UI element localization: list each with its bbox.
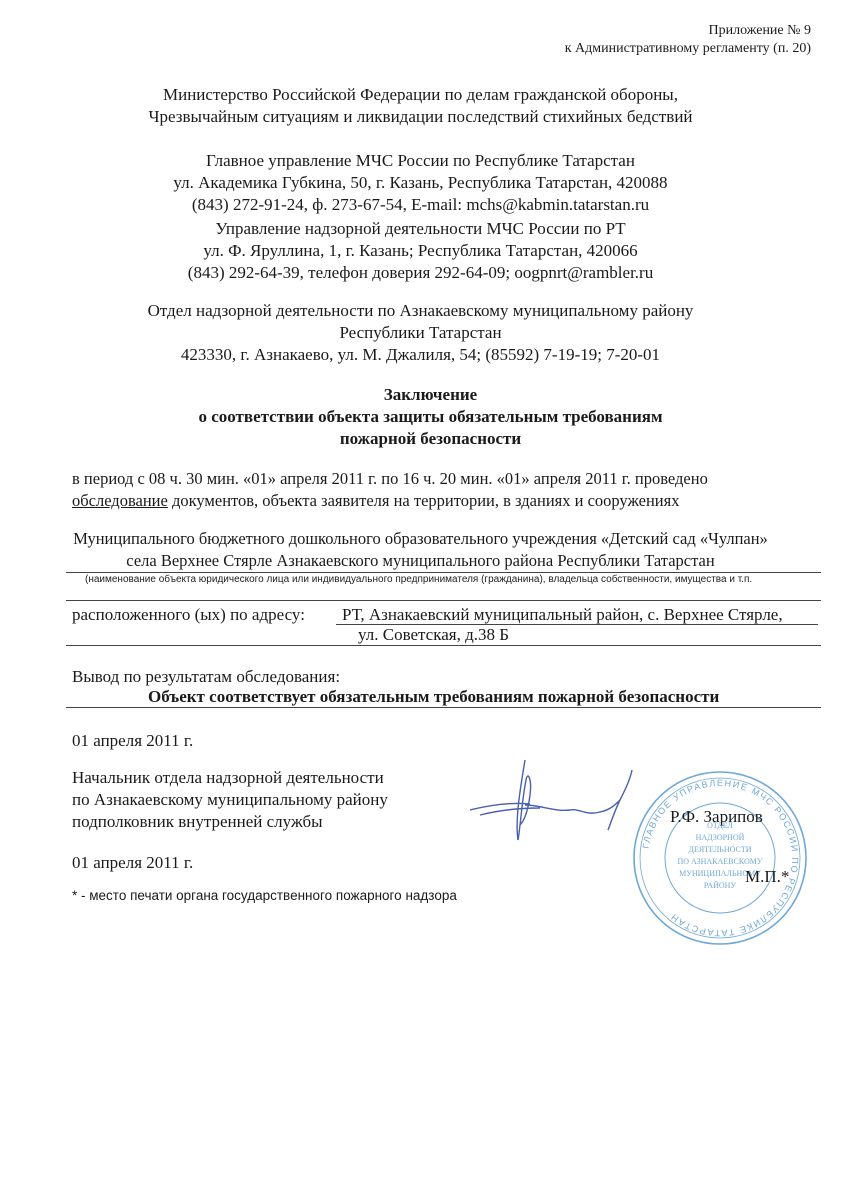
signatory-line-2: по Азнакаевскому муниципальному району — [72, 789, 388, 811]
address-top-rule — [66, 600, 821, 601]
department-header: Отдел надзорной деятельности по Азнакаев… — [0, 300, 841, 366]
object-name-line-1: Муниципального бюджетного дошкольного об… — [0, 528, 841, 550]
supervision-directorate-contacts: (843) 292-64-39, телефон доверия 292-64-… — [0, 262, 841, 284]
title-line-2: о соответствии объекта защиты обязательн… — [10, 406, 841, 428]
main-directorate-name: Главное управление МЧС России по Республ… — [0, 150, 841, 172]
document-title: Заключение о соответствии объекта защиты… — [10, 384, 841, 450]
appendix-number: Приложение № 9 — [565, 22, 811, 40]
seal-mark: М.П.* — [745, 866, 789, 888]
object-name-line-2: села Верхнее Стярле Азнакаевского муници… — [0, 550, 841, 572]
signature-date: 01 апреля 2011 г. — [72, 852, 193, 874]
title-line-3: пожарной безопасности — [10, 428, 841, 450]
address-label: расположенного (ых) по адресу: — [72, 604, 305, 626]
inspection-type: обследование — [72, 491, 168, 510]
conclusion-date: 01 апреля 2011 г. — [72, 730, 193, 752]
appendix-reference: Приложение № 9 к Административному регла… — [565, 22, 811, 58]
department-contacts: 423330, г. Азнакаево, ул. М. Джалиля, 54… — [0, 344, 841, 366]
address-line-1: РТ, Азнакаевский муниципальный район, с.… — [342, 604, 783, 626]
inspection-scope: документов, объекта заявителя на террито… — [168, 491, 680, 510]
signatory-line-1: Начальник отдела надзорной деятельности — [72, 767, 388, 789]
ministry-header: Министерство Российской Федерации по дел… — [0, 84, 841, 128]
signatory-position: Начальник отдела надзорной деятельности … — [72, 767, 388, 833]
object-name: Муниципального бюджетного дошкольного об… — [0, 528, 841, 572]
supervision-directorate-name: Управление надзорной деятельности МЧС Ро… — [0, 218, 841, 240]
inspection-subject: обследование документов, объекта заявите… — [72, 490, 679, 512]
object-caption: (наименование объекта юридического лица … — [85, 574, 752, 586]
signatory-name: Р.Ф. Зарипов — [670, 806, 763, 828]
department-name: Отдел надзорной деятельности по Азнакаев… — [0, 300, 841, 322]
inspection-period: в период с 08 ч. 30 мин. «01» апреля 201… — [72, 468, 708, 490]
address-bottom-rule — [66, 645, 821, 646]
title-line-1: Заключение — [10, 384, 841, 406]
supervision-directorate-address: ул. Ф. Яруллина, 1, г. Казань; Республик… — [0, 240, 841, 262]
signatory-line-3: подполковник внутренней службы — [72, 811, 388, 833]
main-directorate-contacts: (843) 272-91-24, ф. 273-67-54, E-mail: m… — [0, 194, 841, 216]
svg-text:ДЕЯТЕЛЬНОСТИ: ДЕЯТЕЛЬНОСТИ — [688, 845, 751, 854]
appendix-regulation: к Административному регламенту (п. 20) — [565, 40, 811, 58]
department-region: Республики Татарстан — [0, 322, 841, 344]
main-directorate-header: Главное управление МЧС России по Республ… — [0, 150, 841, 216]
conclusion-result: Объект соответствует обязательным требов… — [148, 686, 719, 708]
ministry-line-1: Министерство Российской Федерации по дел… — [0, 84, 841, 106]
svg-text:ПО АЗНАКАЕВСКОМУ: ПО АЗНАКАЕВСКОМУ — [677, 857, 762, 866]
conclusion-label: Вывод по результатам обследования: — [72, 666, 340, 688]
main-directorate-address: ул. Академика Губкина, 50, г. Казань, Ре… — [0, 172, 841, 194]
conclusion-underline — [66, 707, 821, 708]
svg-text:НАДЗОРНОЙ: НАДЗОРНОЙ — [696, 833, 745, 842]
official-seal-icon: ОТДЕЛ НАДЗОРНОЙ ДЕЯТЕЛЬНОСТИ ПО АЗНАКАЕВ… — [615, 768, 825, 948]
supervision-directorate-header: Управление надзорной деятельности МЧС Ро… — [0, 218, 841, 284]
seal-footnote: * - место печати органа государственного… — [72, 888, 457, 903]
address-line-2: ул. Советская, д.38 Б — [358, 624, 509, 646]
svg-text:РАЙОНУ: РАЙОНУ — [704, 881, 737, 890]
ministry-line-2: Чрезвычайным ситуациям и ликвидации посл… — [0, 106, 841, 128]
object-underline — [66, 572, 821, 573]
